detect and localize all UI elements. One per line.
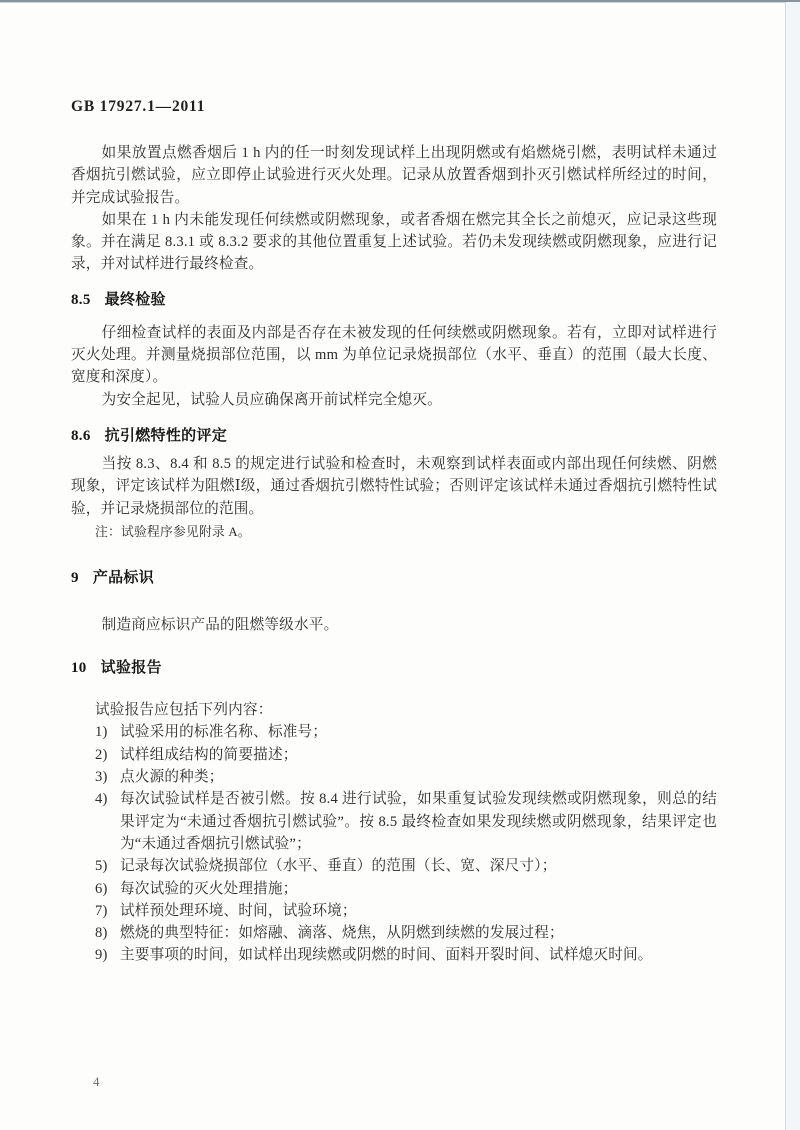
report-item-text: 每次试验的灭火处理措施； bbox=[120, 878, 717, 900]
report-item-number: 9) bbox=[95, 944, 120, 966]
paragraph-product-marking: 制造商应标识产品的阻燃等级水平。 bbox=[71, 614, 717, 636]
standard-number-header: GB 17927.1—2011 bbox=[71, 98, 717, 116]
section-number-8-5: 8.5 bbox=[71, 292, 91, 309]
report-item-text: 试样组成结构的简要描述； bbox=[120, 744, 717, 766]
section-title-10: 试验报告 bbox=[101, 660, 162, 676]
paragraph-final-inspection: 仔细检查试样的表面及内部是否存在未被发现的任何续燃或阴燃现象。若有，立即对试样进… bbox=[71, 322, 717, 389]
report-item-text: 燃烧的典型特征：如熔融、滴落、烧焦，从阴燃到续燃的发展过程； bbox=[120, 922, 717, 944]
report-item-9: 9) 主要事项的时间，如试样出现续燃或阴燃的时间、面料开裂时间、试样熄灭时间。 bbox=[71, 944, 717, 966]
paragraph-cigarette-ignition: 如果放置点燃香烟后 1 h 内的任一时刻发现试样上出现阴燃或有焰燃烧引燃，表明试… bbox=[71, 142, 717, 209]
section-heading-10: 10试验报告 bbox=[71, 656, 717, 677]
paragraph-no-ignition-found: 如果在 1 h 内未能发现任何续燃或阴燃现象，或者香烟在燃完其全长之前熄灭，应记… bbox=[71, 209, 717, 276]
scan-right-margin-strip bbox=[786, 2, 800, 1130]
paragraph-evaluation: 当按 8.3、8.4 和 8.5 的规定进行试验和检查时，未观察到试样表面或内部… bbox=[71, 453, 717, 520]
report-item-text: 每次试验试样是否被引燃。按 8.4 进行试验，如果重复试验发现续燃或阴燃现象，则… bbox=[120, 788, 717, 855]
section-number-9: 9 bbox=[71, 570, 79, 587]
report-item-number: 1) bbox=[95, 721, 120, 743]
report-item-number: 8) bbox=[95, 922, 120, 944]
page-number: 4 bbox=[93, 1074, 100, 1090]
section-heading-9: 9产品标识 bbox=[71, 566, 717, 587]
report-item-number: 5) bbox=[95, 855, 120, 877]
report-item-text: 试样预处理环境、时间，试验环境； bbox=[120, 900, 717, 922]
report-item-text: 点火源的种类； bbox=[120, 766, 717, 788]
report-item-1: 1) 试验采用的标准名称、标准号； bbox=[71, 721, 717, 743]
report-item-number: 2) bbox=[95, 744, 120, 766]
page-content: GB 17927.1—2011 如果放置点燃香烟后 1 h 内的任一时刻发现试样… bbox=[71, 0, 717, 967]
report-item-number: 6) bbox=[95, 878, 120, 900]
report-item-number: 3) bbox=[95, 766, 120, 788]
report-item-2: 2) 试样组成结构的简要描述； bbox=[71, 744, 717, 766]
report-item-text: 记录每次试验烧损部位（水平、垂直）的范围（长、宽、深尺寸）； bbox=[120, 855, 717, 877]
report-item-6: 6) 每次试验的灭火处理措施； bbox=[71, 878, 717, 900]
report-item-7: 7) 试样预处理环境、时间，试验环境； bbox=[71, 900, 717, 922]
note-text: 注：试验程序参见附录 A。 bbox=[71, 523, 717, 541]
paragraph-safety: 为安全起见，试验人员应确保离开前试样完全熄灭。 bbox=[71, 389, 717, 411]
section-number-8-6: 8.6 bbox=[71, 428, 91, 445]
section-title-8-6: 抗引燃特性的评定 bbox=[105, 428, 227, 444]
report-item-5: 5) 记录每次试验烧损部位（水平、垂直）的范围（长、宽、深尺寸）； bbox=[71, 855, 717, 877]
section-title-8-5: 最终检验 bbox=[105, 292, 166, 308]
report-intro-line: 试验报告应包括下列内容： bbox=[71, 699, 717, 721]
section-heading-8-6: 8.6抗引燃特性的评定 bbox=[71, 424, 717, 445]
report-item-4: 4) 每次试验试样是否被引燃。按 8.4 进行试验，如果重复试验发现续燃或阴燃现… bbox=[71, 788, 717, 855]
section-heading-8-5: 8.5最终检验 bbox=[71, 288, 717, 309]
report-item-number: 7) bbox=[95, 900, 120, 922]
report-item-list: 1) 试验采用的标准名称、标准号； 2) 试样组成结构的简要描述； 3) 点火源… bbox=[71, 721, 717, 966]
section-title-9: 产品标识 bbox=[93, 570, 154, 586]
report-item-number: 4) bbox=[95, 788, 120, 810]
section-number-10: 10 bbox=[71, 660, 87, 677]
report-item-text: 试验采用的标准名称、标准号； bbox=[120, 721, 717, 743]
scanned-document-page: GB 17927.1—2011 如果放置点燃香烟后 1 h 内的任一时刻发现试样… bbox=[0, 0, 800, 1130]
report-item-8: 8) 燃烧的典型特征：如熔融、滴落、烧焦，从阴燃到续燃的发展过程； bbox=[71, 922, 717, 944]
scan-right-edge-line bbox=[785, 2, 786, 1130]
report-item-3: 3) 点火源的种类； bbox=[71, 766, 717, 788]
report-item-text: 主要事项的时间，如试样出现续燃或阴燃的时间、面料开裂时间、试样熄灭时间。 bbox=[120, 944, 717, 966]
